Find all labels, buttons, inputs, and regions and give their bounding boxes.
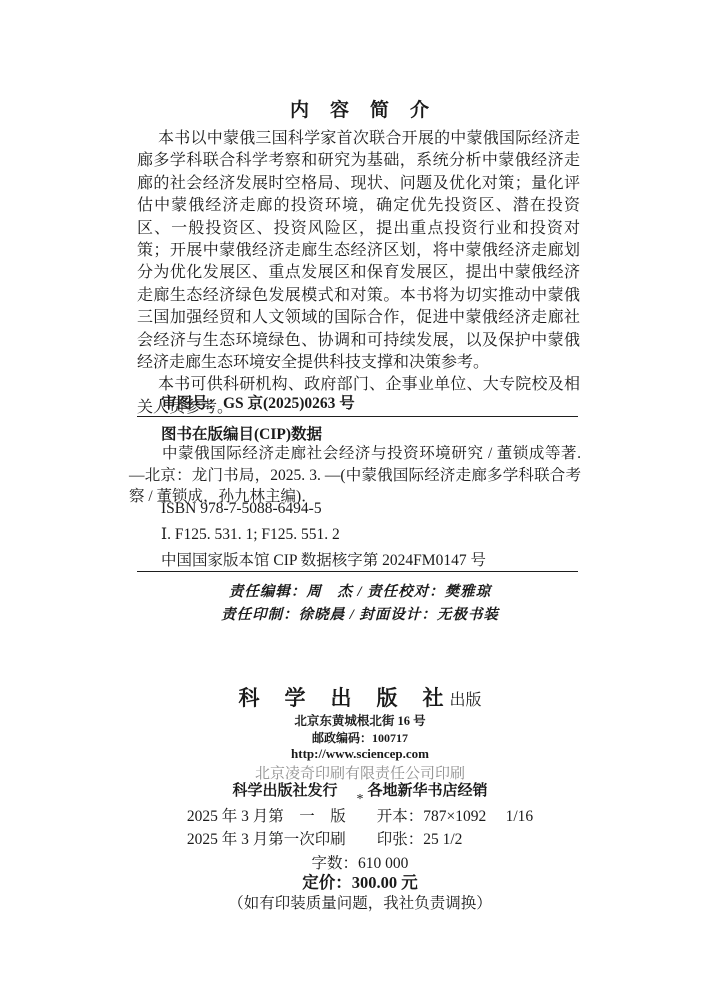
publisher-address: 北京东黄城根北街 16 号 [0, 711, 720, 729]
printing-details: 2025 年 3 月第 一 版 开本：787×1092 1/16 2025 年 … [0, 805, 720, 851]
publisher-imprint: 科 学 出 版 社 出版 [0, 682, 720, 712]
divider-line [137, 416, 578, 417]
isbn-number: ISBN 978-7-5088-6494-5 [161, 500, 322, 518]
price: 定价：300.00 元 [0, 869, 720, 893]
postal-code: 邮政编码：100717 [0, 729, 720, 746]
publisher-logo: 科 学 出 版 社 [238, 686, 445, 710]
cip-heading: 图书在版编目(CIP)数据 [161, 422, 322, 444]
book-copyright-page: 内 容 简 介 本书以中蒙俄三国科学家首次联合开展的中蒙俄国际经济走廊多学科联合… [0, 0, 720, 1000]
divider-line [137, 571, 578, 572]
print-run-line: 2025 年 3 月第一次印刷 印张：25 1/2 [187, 828, 533, 851]
publisher-url: http://www.sciencep.com [0, 746, 720, 762]
classification-number: Ⅰ. F125. 531. 1; F125. 551. 2 [161, 525, 340, 544]
cip-entry: 中蒙俄国际经济走廊社会经济与投资环境研究 / 董锁成等著. —北京：龙门书局，2… [129, 443, 581, 508]
map-approval-number: 审图号：GS 京(2025)0263 号 [161, 391, 355, 413]
editor-credits: 责任编辑：周 杰 / 责任校对：樊雅琼 [0, 580, 720, 601]
edition-line: 2025 年 3 月第 一 版 开本：787×1092 1/16 [187, 805, 533, 828]
content-summary: 本书以中蒙俄三国科学家首次联合开展的中蒙俄国际经济走廊多学科联合科学考察和研究为… [137, 128, 580, 419]
cip-record-number: 中国国家版本馆 CIP 数据核字第 2024FM0147 号 [161, 548, 486, 570]
content-summary-title: 内 容 简 介 [0, 95, 720, 122]
summary-paragraph: 本书以中蒙俄三国科学家首次联合开展的中蒙俄国际经济走廊多学科联合科学考察和研究为… [137, 128, 580, 374]
cip-entry-text: 中蒙俄国际经济走廊社会经济与投资环境研究 / 董锁成等著. —北京：龙门书局，2… [129, 443, 581, 508]
production-credits: 责任印制：徐晓晨 / 封面设计：无极书装 [0, 603, 720, 624]
publisher-suffix: 出版 [445, 692, 481, 709]
quality-notice: （如有印装质量问题，我社负责调换） [0, 891, 720, 913]
